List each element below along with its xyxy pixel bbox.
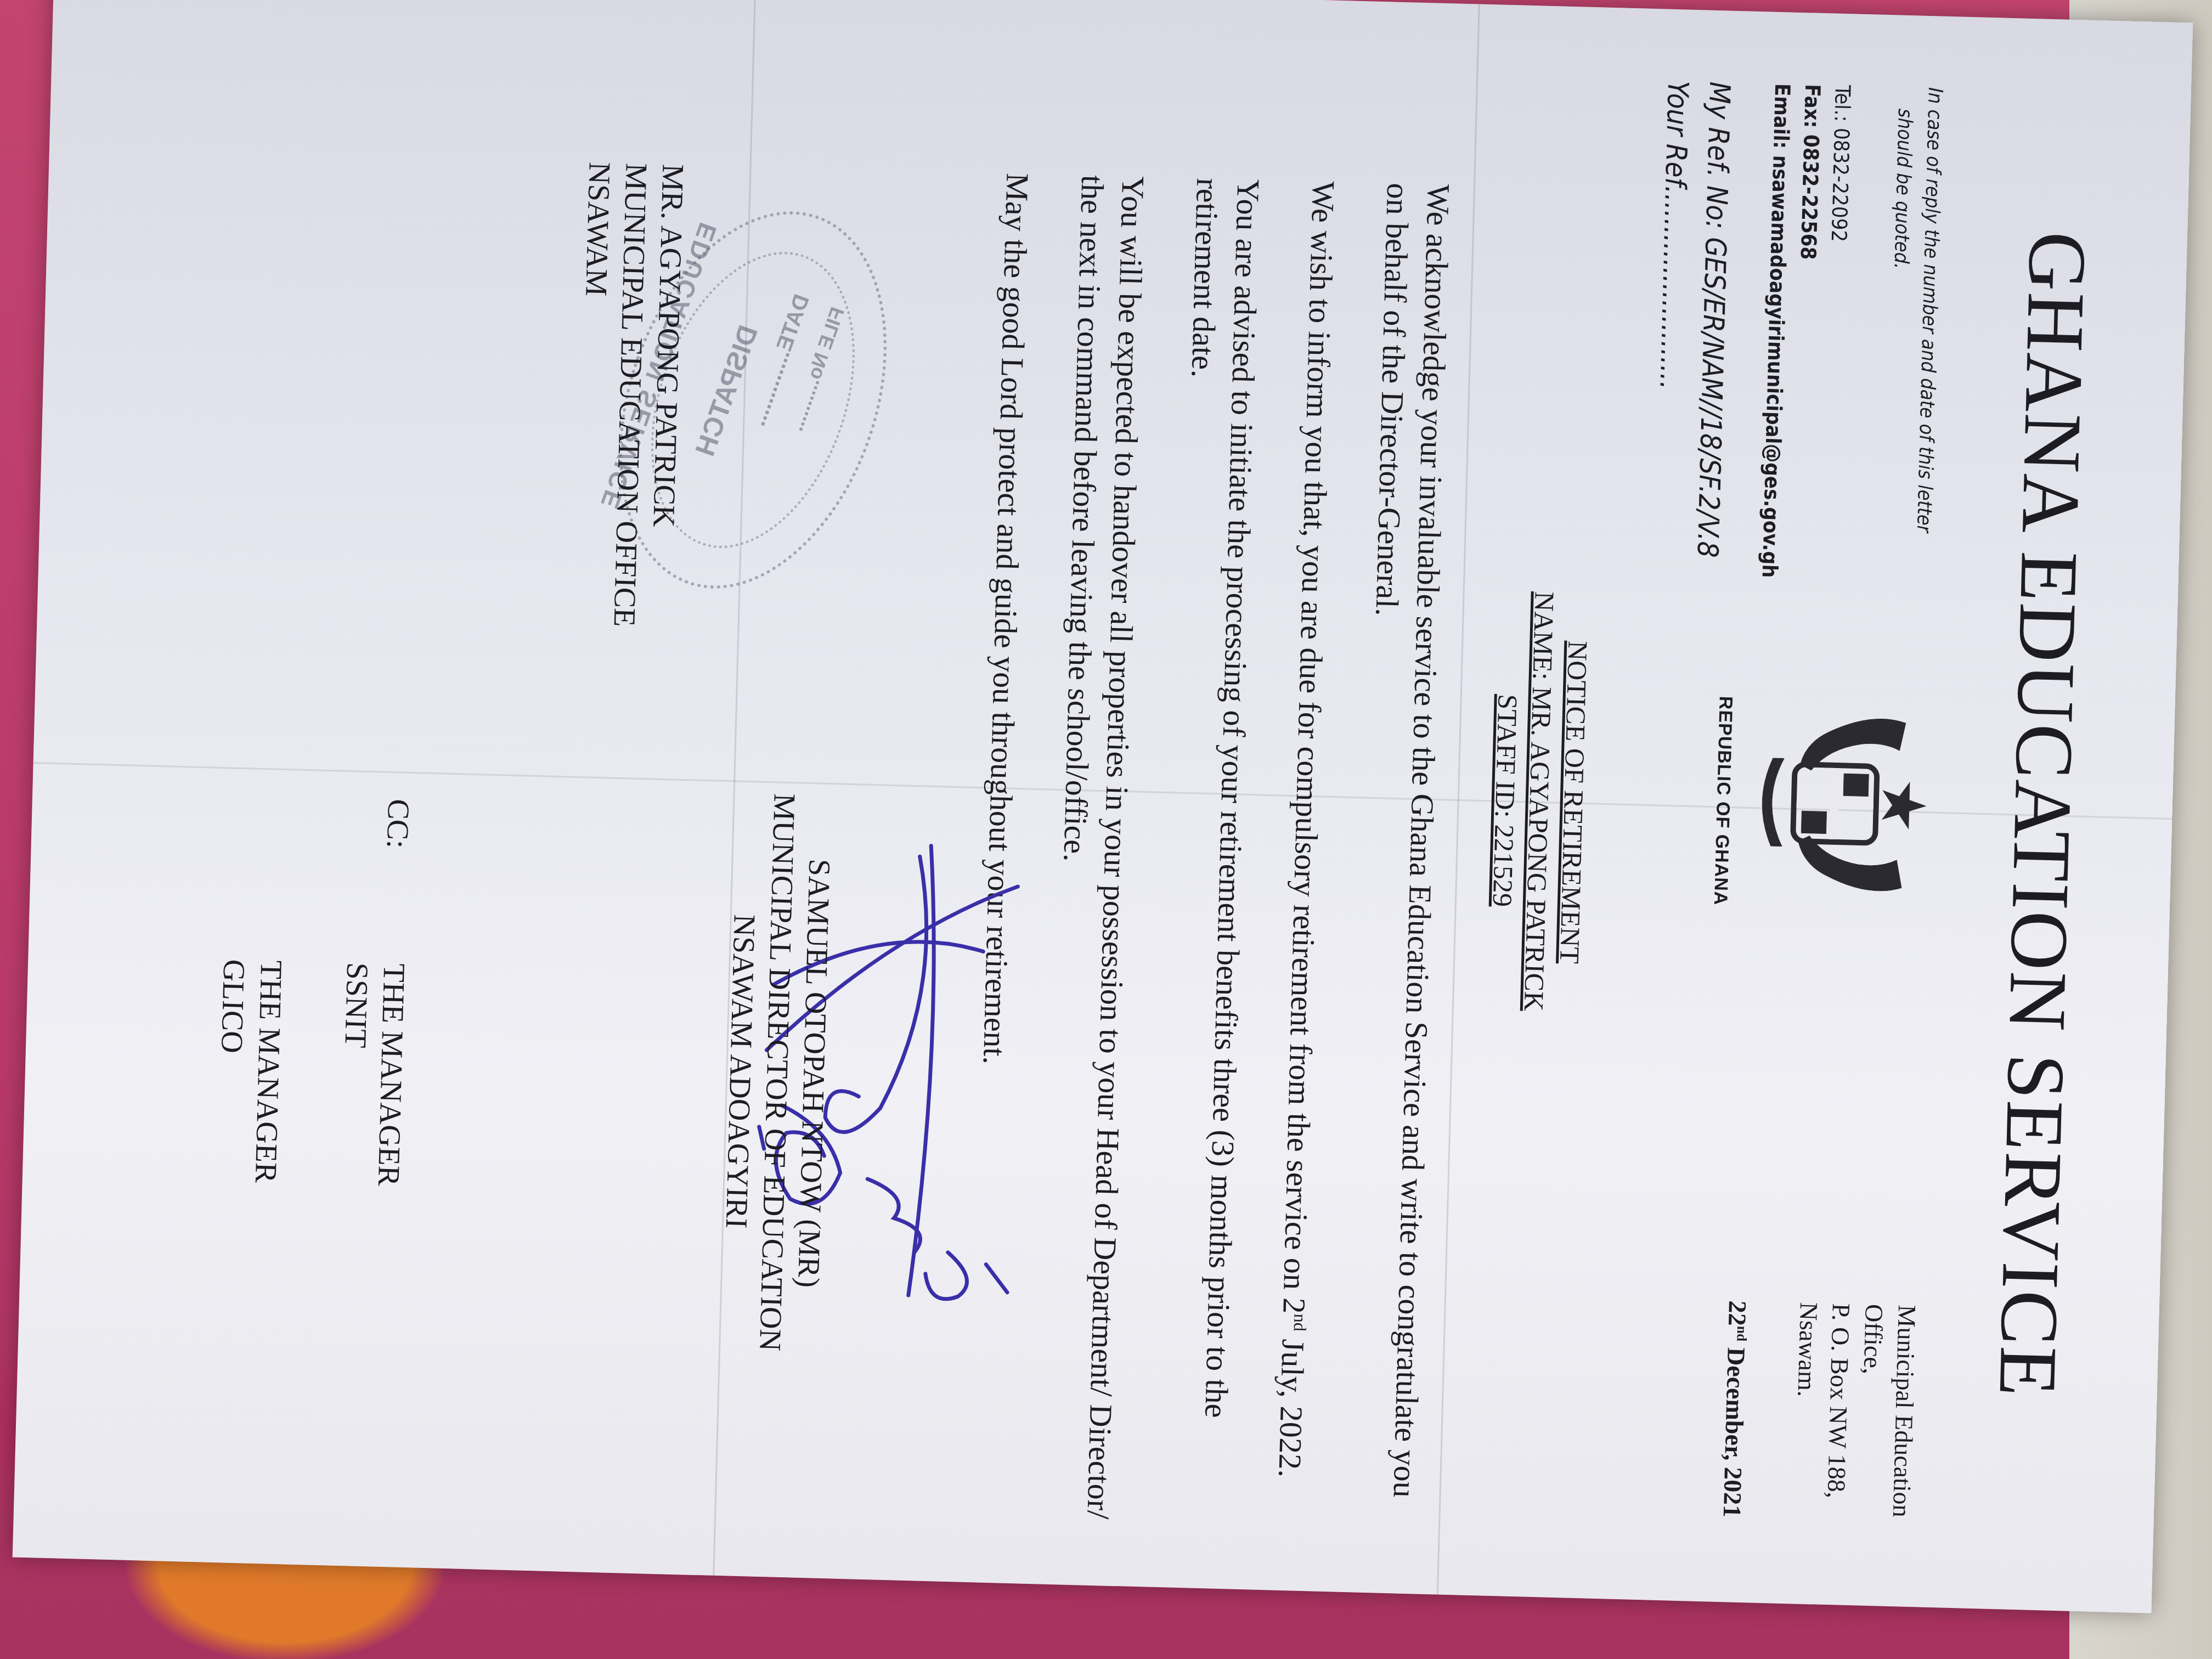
notice-title: NOTICE OF RETIREMENT xyxy=(1554,640,1593,964)
signatory-block: SAMUEL OTOPAH NTOW (MR) MUNICIPAL DIRECT… xyxy=(711,687,842,1458)
contact-details: Tel.: 0832-22092 Fax: 0832-22568 Email: … xyxy=(1753,83,1858,634)
cc-recipient: THE MANAGER SSNIT xyxy=(332,962,412,1187)
coat-of-arms-icon xyxy=(1747,697,1939,911)
organization-title: GHANA EDUCATION SERVICE xyxy=(1974,18,2111,1611)
notice-heading: NOTICE OF RETIREMENT NAME: MR. AGYAPONG … xyxy=(1467,5,1611,1598)
cc-block: CC: THE MANAGER SSNIT THE MANAGER GLICO xyxy=(160,957,412,1187)
crest-caption: REPUBLIC OF GHANA xyxy=(1708,658,1737,944)
cc-recipient: THE MANAGER GLICO xyxy=(210,959,289,1183)
paragraph-acknowledgement: We acknowledge your invaluable service t… xyxy=(1342,183,1459,1528)
references: My Ref. No: GES/ER/NAM//18/SF.2/V.8 Your… xyxy=(1643,80,1740,631)
reply-note: In case of reply the number and date of … xyxy=(1876,86,1950,636)
letter-photo: GHANA EDUCATION SERVICE In case of reply… xyxy=(12,0,2193,1641)
paragraph-benefits: You are advised to initiate the processi… xyxy=(1152,178,1269,1523)
cc-label: CC: xyxy=(379,799,417,849)
paragraph-handover: You will be expected to handover all pro… xyxy=(1037,174,1154,1520)
paragraph-retirement-date: We wish to inform you that, you are due … xyxy=(1267,180,1343,1525)
reference-block: In case of reply the number and date of … xyxy=(1643,80,1950,636)
sender-address: Municipal Education Office, P. O. Box NW… xyxy=(1713,1300,1923,1590)
staff-id: STAFF ID: 221529 xyxy=(1487,694,1523,907)
letter-date: 22nd December, 2021 xyxy=(1713,1300,1753,1586)
letter-page: GHANA EDUCATION SERVICE In case of reply… xyxy=(13,0,2193,1613)
addressee-block: MR. AGYAPONG PATRICK MUNICIPAL EDUCATION… xyxy=(568,162,691,628)
